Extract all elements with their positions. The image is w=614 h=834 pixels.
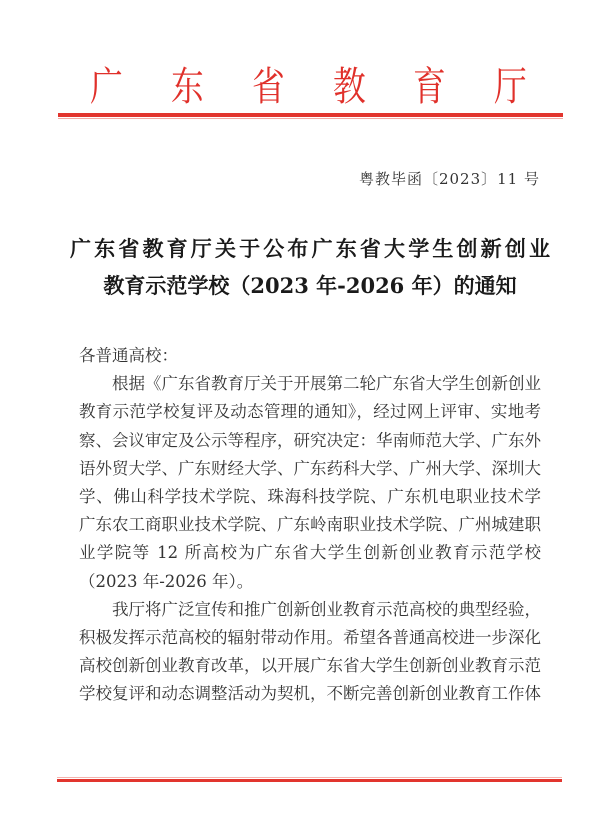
body-line: 察、会议审定及公示等程序，研究决定：华南师范大学、广东外 <box>79 427 541 455</box>
body-line: 广东农工商职业技术学院、广东岭南职业技术学院、广州城建职 <box>79 511 541 539</box>
body-line: 根据《广东省教育厅关于开展第二轮广东省大学生创新创业 <box>79 370 541 398</box>
letterhead-char: 教 <box>333 62 366 112</box>
document-body: 各普通高校： 根据《广东省教育厅关于开展第二轮广东省大学生创新创业 教育示范学校… <box>79 342 541 708</box>
body-line: 积极发挥示范高校的辐射带动作用。希望各普通高校进一步深化 <box>79 624 541 652</box>
body-line: 业学院等 12 所高校为广东省大学生创新创业教育示范学校 <box>79 539 541 567</box>
body-line: 语外贸大学、广东财经大学、广东药科大学、广州大学、深圳大 <box>79 455 541 483</box>
letterhead-rule-thin <box>58 118 563 119</box>
letterhead-char: 广 <box>90 62 123 112</box>
body-line: 高校创新创业教育改革，以开展广东省大学生创新创业教育示范 <box>79 652 541 680</box>
body-line: 我厅将广泛宣传和推广创新创业教育示范高校的典型经验， <box>79 596 541 624</box>
body-line: 学、佛山科学技术学院、珠海科技学院、广东机电职业技术学院、 <box>79 483 541 511</box>
letterhead-char: 厅 <box>494 62 527 112</box>
letterhead-char: 省 <box>252 62 285 112</box>
letterhead-char: 育 <box>413 62 446 112</box>
body-line: 教育示范学校复评及动态管理的通知》，经过网上评审、实地考 <box>79 398 541 426</box>
footer-rule <box>57 779 562 782</box>
letterhead-rule <box>58 113 563 117</box>
title-line-2: 教育示范学校（2023 年-2026 年）的通知 <box>70 267 550 304</box>
letterhead-char: 东 <box>171 62 204 112</box>
paragraph-1: 根据《广东省教育厅关于开展第二轮广东省大学生创新创业 教育示范学校复评及动态管理… <box>79 370 541 596</box>
body-line: （2023 年-2026 年）。 <box>79 568 541 596</box>
document-number: 粤教毕函〔2023〕11 号 <box>359 168 540 190</box>
body-line: 学校复评和动态调整活动为契机，不断完善创新创业教育工作体 <box>79 680 541 708</box>
salutation: 各普通高校： <box>79 342 541 370</box>
letterhead: 广 东 省 教 育 厅 <box>0 62 614 112</box>
footer-rule-thin <box>57 777 562 778</box>
paragraph-2: 我厅将广泛宣传和推广创新创业教育示范高校的典型经验， 积极发挥示范高校的辐射带动… <box>79 596 541 709</box>
title-line-1: 广东省教育厅关于公布广东省大学生创新创业 <box>70 230 550 267</box>
document-title: 广东省教育厅关于公布广东省大学生创新创业 教育示范学校（2023 年-2026 … <box>70 230 550 304</box>
